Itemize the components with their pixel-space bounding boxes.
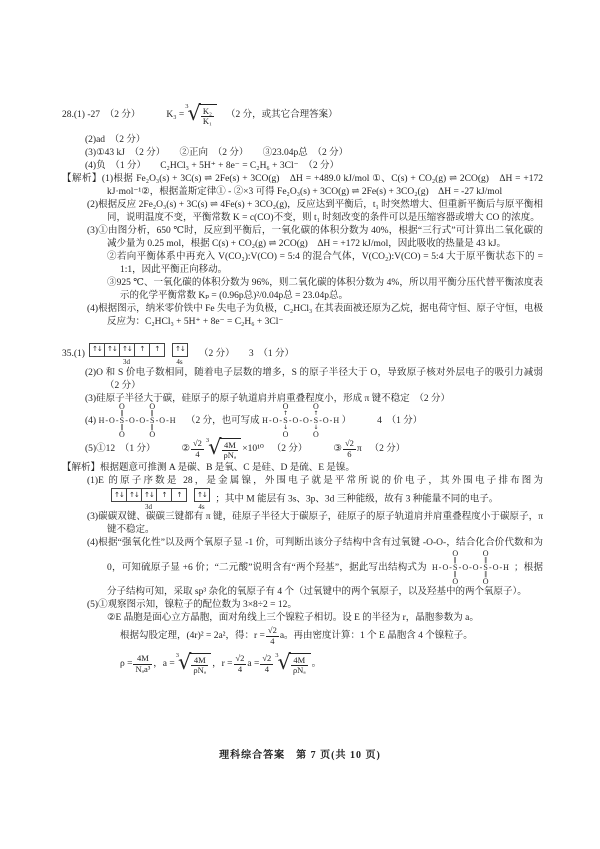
fraction-numerator: √2 [260, 654, 273, 664]
atom: O [272, 417, 279, 425]
root-body: 4M ρNₐ [289, 653, 311, 676]
root-body: K₂ K₁ [199, 104, 217, 127]
q28-analysis-p4: (4)根据图示，纳米零价铁中 Fe 失电子为负极，C₂HCl₃ 在其表面被还原为… [87, 303, 543, 329]
q28-analysis-p1: 【解析】(1)根据 Fe₂O₃(s) + 3C(s) ⇌ 2Fe(s) + 3C… [62, 173, 543, 199]
page-footer: 理科综合答案 第 7 页(共 10 页) [0, 746, 600, 761]
orbital-box: ↑ [149, 343, 165, 357]
root-body: 4M ρNₐ [220, 438, 242, 461]
q28-analysis-p2: (2)根据反应 2Fe₂O₃(s) + 3C(s) ⇌ 4Fe(s) + 3CO… [87, 199, 543, 225]
atom: O [149, 431, 155, 439]
atom: H [431, 564, 438, 572]
q35-a4-label: (4) [85, 415, 96, 428]
k3-lhs: K₃ = [166, 109, 184, 122]
atom: H [503, 564, 510, 572]
q35-a5-2-score: （2 分） [272, 443, 308, 456]
fraction-denominator: K₁ [201, 117, 214, 126]
atom: O [442, 564, 449, 572]
atom: O [283, 431, 289, 439]
rho-equals: ρ = [120, 658, 132, 671]
q28-analysis-p3-3: ③925 ℃、一氧化碳的体积分数为 96%，则二氧化碳的体积分数为 4%，所以用… [107, 277, 543, 303]
q28-a1-score: （2 分，或其它合理答案） [226, 109, 338, 122]
atom: O [472, 564, 479, 572]
orbital-4s-label: 4s [198, 503, 204, 511]
q28-answer-line-1: 28.(1) -27 （2 分） K₃ = 3 √ K₂ K₁ （2 分，或其它… [62, 98, 543, 132]
atom: O [452, 578, 458, 586]
q28-a1-text: 28.(1) -27 （2 分） [62, 109, 140, 122]
a-equals: ，a = [153, 658, 174, 671]
a-equals-2: a = [247, 658, 259, 671]
times-ten-power: ×10¹⁰ [242, 443, 264, 456]
fraction-k2-k1: K₂ K₁ [201, 107, 214, 127]
q35-answer-line-5: (5)①12 （1 分） ② √2 4 3 √ 4M ρNₐ ×10¹⁰ （2 … [85, 436, 543, 462]
fraction-denominator: ρNₐ [291, 666, 308, 675]
orbital-4s-group: ↑↓ 4s [194, 488, 209, 511]
fraction-denominator: ρNₐ [222, 451, 239, 460]
atom: H [262, 417, 269, 425]
fraction-denominator: 6 [343, 450, 356, 459]
atom: O [313, 431, 319, 439]
orbital-diagram: ↑↓ ↑↓ ↑↓ ↑ ↑ 3d ↑↓ 4s [89, 343, 187, 366]
atom: O [302, 417, 309, 425]
q35-jx1-text-a: (1)E 的原子序数是 28，是金属镍，外围电子就是平常所说的价电子，其外围电子… [87, 476, 543, 486]
q35-a5-3-label: ③ [333, 443, 342, 456]
structural-formula-double-bond: H-O- O‖S‖O -O-O- O‖S‖O -O-H [98, 403, 176, 439]
orbital-box: ↑↓ [104, 343, 120, 357]
q35-analysis-p5-2: ②E 晶胞是面心立方晶胞，面对角线上三个镍粒子相切。设 E 的半径为 r，晶胞参… [107, 612, 543, 625]
fraction-numerator: √2 [266, 626, 279, 636]
orbital-3d-boxes: ↑↓ ↑↓ ↑↓ ↑ ↑ [89, 343, 164, 357]
fraction-denominator: 4 [191, 450, 204, 459]
atom: O [139, 417, 146, 425]
atom: O [128, 417, 135, 425]
atom: O [462, 564, 469, 572]
q28-answer-line-3: (3)①43 kJ （2 分） ②正向 （2 分） ③23.04p总 （2 分） [85, 147, 543, 160]
fraction-denominator: 4 [234, 665, 247, 674]
orbital-box: ↑ [134, 343, 150, 357]
q35-analysis-p4: (4)根据“强氧化性”以及两个氧原子显 -1 价，可判断出该分子结构中含有过氧键… [87, 537, 543, 599]
q35-answer-line-4: (4) H-O- O‖S‖O -O-O- O‖S‖O -O-H （2 分，也可写… [85, 406, 543, 436]
orbital-box: ↑↓ [111, 488, 127, 502]
q35-a1-score: （2 分） 3 （1 分） [199, 348, 294, 361]
orbital-box: ↑↓ [194, 488, 210, 502]
fraction-denominator: Nₐa³ [133, 665, 152, 674]
pythagoras-text-b: a。再由密度计算：1 个 E 晶胞含 4 个镍粒子。 [280, 630, 473, 643]
orbital-3d-label: 3d [123, 358, 130, 366]
sentence-end: 。 [312, 658, 322, 671]
fraction-numerator: √2 [191, 439, 204, 449]
fraction-4M-NAa3: 4M Nₐa³ [133, 654, 152, 674]
orbital-box: ↑↓ [126, 488, 142, 502]
q35-a4-score1: （2 分，也可写成 [186, 415, 260, 428]
q35-analysis-intro: 【解析】根据题意可推测 A 是碳、B 是氧、C 是硅、D 是硫、E 是镍。 [62, 462, 543, 475]
pythagoras-text-a: 根据勾股定理，(4r)² = 2a²，得：r = [120, 630, 265, 643]
atom: H [98, 417, 105, 425]
r-equals: ，r = [212, 658, 232, 671]
q35-analysis-pythagoras-line: 根据勾股定理，(4r)² = 2a²，得：r = √2 4 a。再由密度计算：1… [120, 625, 543, 647]
k3-cube-root: 3 √ K₂ K₁ [185, 104, 217, 127]
fraction-numerator: √2 [234, 654, 247, 664]
atom: H [333, 417, 340, 425]
scanned-exam-answer-page: 28.(1) -27 （2 分） K₃ = 3 √ K₂ K₁ （2 分，或其它… [0, 0, 600, 849]
atom: O [292, 417, 299, 425]
atom: O [109, 417, 116, 425]
document-body: 28.(1) -27 （2 分） K₃ = 3 √ K₂ K₁ （2 分，或其它… [62, 98, 543, 681]
q35-a4-paren: ） [342, 415, 352, 428]
orbital-3d-label: 3d [145, 503, 152, 511]
q35-a5-3-score: （2 分） [370, 443, 406, 456]
atom: O [483, 578, 489, 586]
atom: O [159, 417, 166, 425]
fraction-4M-rhoNA: 4M ρNₐ [222, 441, 239, 461]
q35-answer-line-1: 35.(1) ↑↓ ↑↓ ↑↓ ↑ ↑ 3d ↑↓ 4s [62, 341, 543, 367]
orbital-4s-group: ↑↓ 4s [172, 343, 187, 366]
q28-answer-line-2: (2)ad （2 分） [85, 134, 543, 147]
orbital-box: ↑ [156, 488, 172, 502]
orbital-3d-group: ↑↓ ↑↓ ↑↓ ↑ ↑ 3d [89, 343, 164, 366]
orbital-box: ↑↓ [119, 343, 135, 357]
fraction-sqrt2-4: √2 4 [191, 439, 204, 459]
fraction-denominator: ρNₐ [191, 666, 208, 675]
cube-root-4M: 3 √ 4M ρNₐ [206, 438, 241, 461]
q28-analysis-p3-2: ②若向平衡体系中再充入 V(CO₂):V(CO) = 5:4 的混合气体，V(C… [107, 251, 543, 277]
atom: H [169, 417, 176, 425]
fraction-sqrt2-4: √2 4 [234, 654, 247, 674]
orbital-4s-label: 4s [176, 358, 182, 366]
cube-root-4M: 3 √ 4M ρNₐ [176, 653, 211, 676]
fraction-4M-rhoNA: 4M ρNₐ [291, 656, 308, 676]
fraction-denominator: 4 [266, 637, 279, 646]
cube-root-4M: 3 √ 4M ρNₐ [275, 653, 310, 676]
structural-formula-double-bond: H-O- O‖S‖O -O-O- O‖S‖O -O-H [431, 550, 509, 586]
fraction-4M-rhoNA: 4M ρNₐ [191, 656, 208, 676]
fraction-numerator: √2 [343, 439, 356, 449]
orbital-diagram: ↑↓ ↑↓ ↑↓ ↑ ↑ 3d ↑↓ 4s [111, 488, 209, 511]
fraction-denominator: 4 [260, 665, 273, 674]
structural-formula-dative-bond: H-O- O↑S↓O -O-O- O↑S↓O -O-H [262, 403, 340, 439]
q35-jx1-text-b: ；其中 M 能层有 3s、3p、3d 三种能级，故有 3 种能量不同的电子。 [215, 495, 498, 505]
atom: O [322, 417, 329, 425]
q28-analysis-p3-1: (3)①由图分析，650 ℃时，反应到平衡后，一氧化碳的体积分数为 40%，根据… [87, 225, 543, 251]
q35-analysis-p3: (3)碳碳双键、碳碳三键都有 π 键，硅原子半径大于碳原子，硅原子的原子轨道肩并… [87, 511, 543, 537]
q35-a4-count: 4 （1 分） [377, 415, 422, 428]
fraction-sqrt2-4: √2 4 [266, 626, 279, 646]
fraction-sqrt2-4: √2 4 [260, 654, 273, 674]
orbital-box: ↑↓ [89, 343, 105, 357]
q28-answer-line-4: (4)负 （1 分） C₂HCl₃ + 5H⁺ + 8e⁻ = C₂H₆ + 3… [85, 160, 543, 173]
q35-analysis-density-formula: ρ = 4M Nₐa³ ，a = 3 √ 4M ρNₐ ，r = √2 4 [120, 647, 543, 681]
q35-analysis-p1: (1)E 的原子序数是 28，是金属镍，外围电子就是平常所说的价电子，其外围电子… [87, 475, 543, 511]
q35-analysis-p5-1: (5)①观察图示知，镍粒子的配位数为 3×8÷2 = 12。 [87, 599, 543, 612]
q35-a5-1: (5)①12 （1 分） [85, 443, 155, 456]
fraction-sqrt2-6: √2 6 [343, 439, 356, 459]
atom: O [119, 431, 125, 439]
orbital-box: ↑↓ [141, 488, 157, 502]
orbital-3d-boxes: ↑↓ ↑↓ ↑↓ ↑ ↑ [111, 488, 186, 502]
orbital-box: ↑ [171, 488, 187, 502]
orbital-box: ↑↓ [172, 343, 188, 357]
q35-answer-line-2: (2)O 和 S 价电子数相同，随着电子层数的增多，S 的原子半径大于 O，导致… [85, 367, 543, 393]
root-body: 4M ρNₐ [189, 653, 211, 676]
q35-a5-2-label: ② [181, 443, 190, 456]
pi-symbol: π [357, 443, 362, 456]
q35-a1-label: 35.(1) [62, 348, 85, 361]
orbital-3d-group: ↑↓ ↑↓ ↑↓ ↑ ↑ 3d [111, 488, 186, 511]
atom: O [492, 564, 499, 572]
fraction-numerator: 4M [133, 654, 152, 664]
